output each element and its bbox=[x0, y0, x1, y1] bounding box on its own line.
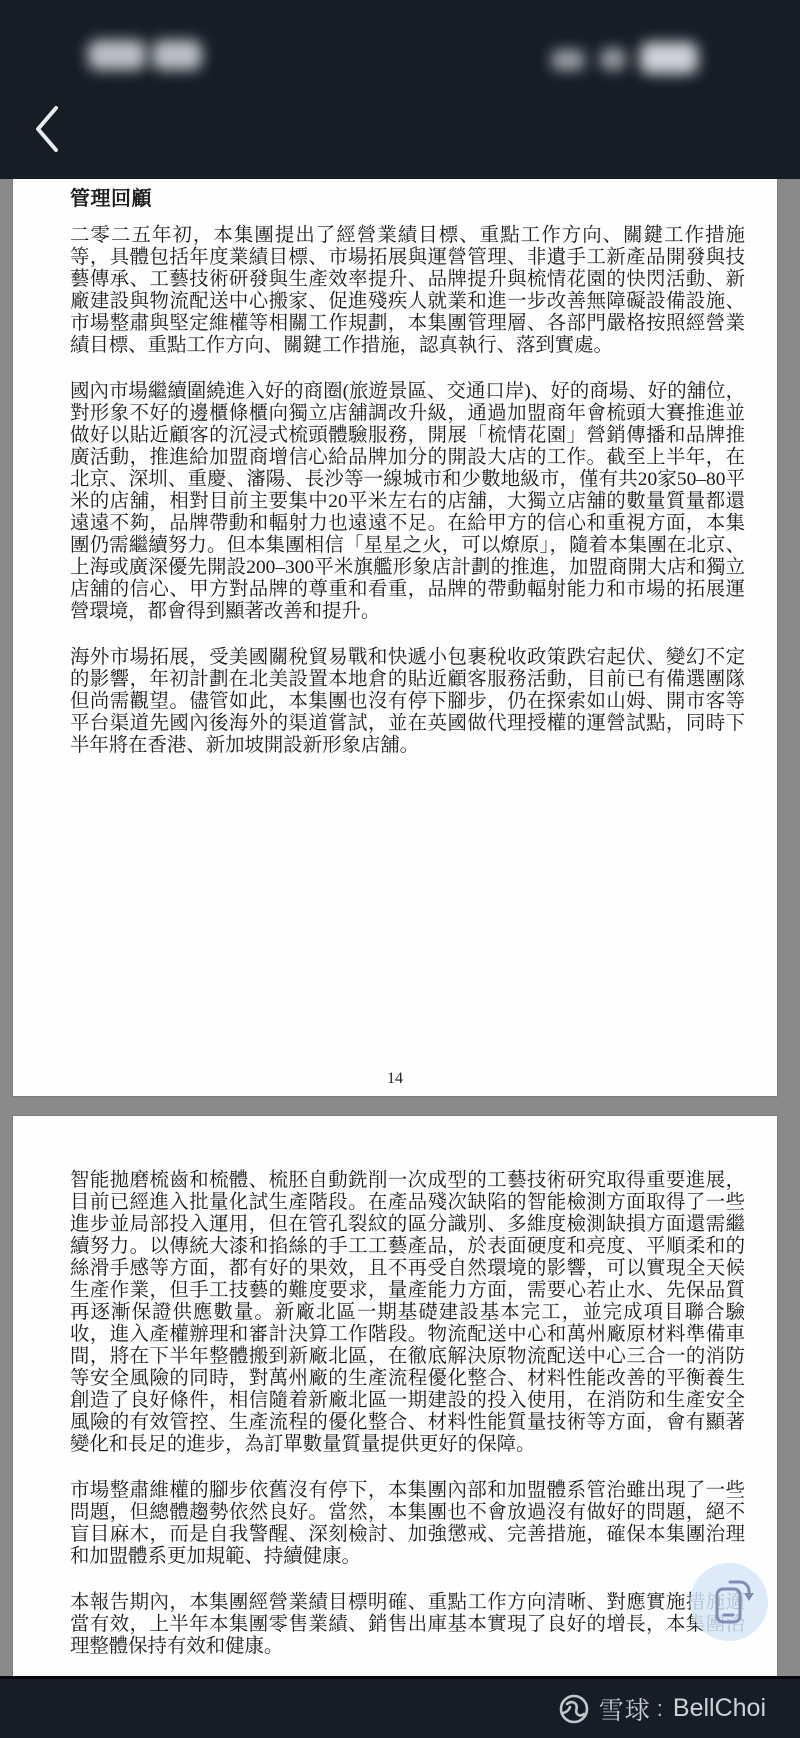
top-chrome bbox=[0, 0, 800, 179]
paragraph: 海外市場拓展，受美國關稅貿易戰和快遞小包裹稅收政策跌宕起伏、變幻不定的影響，年初… bbox=[70, 647, 745, 757]
paragraph: 二零二五年初，本集團提出了經營業績目標、重點工作方向、關鍵工作措施等，具體包括年… bbox=[70, 225, 745, 357]
paragraph: 智能拋磨梳齒和梳體、梳胚自動銑削一次成型的工藝技術研究取得重要進展，目前已經進入… bbox=[70, 1170, 745, 1456]
status-time-blur bbox=[88, 40, 146, 70]
back-button[interactable] bbox=[26, 100, 74, 156]
chevron-left-icon bbox=[26, 103, 74, 155]
paragraph: 國內市場繼續圍繞進入好的商圈(旅遊景區、交通口岸)、好的商場、好的舖位，對形象不… bbox=[70, 381, 745, 623]
watermark: 雪球 : BellChoi bbox=[558, 1691, 766, 1727]
status-battery-blur bbox=[640, 42, 698, 74]
watermark-separator: : bbox=[657, 1696, 663, 1722]
status-signal-blur bbox=[552, 50, 584, 70]
section-heading: 管理回顧 bbox=[70, 187, 745, 211]
xueqiu-logo-icon bbox=[558, 1693, 599, 1725]
paragraph: 市場整肅維權的腳步依舊沒有停下，本集團內部和加盟體系管治雖出現了一些問題，但總體… bbox=[70, 1480, 745, 1568]
page-gap bbox=[0, 1096, 800, 1116]
rotate-screen-button[interactable] bbox=[690, 1563, 768, 1641]
watermark-brand: 雪球 bbox=[599, 1691, 651, 1727]
paragraph: 本報告期內，本集團經營業績目標明確、重點工作方向清晰、對應實施措施適當有效，上半… bbox=[70, 1592, 745, 1658]
watermark-username: BellChoi bbox=[673, 1694, 766, 1723]
page-number: 14 bbox=[13, 1070, 777, 1088]
bottom-bar: 雪球 : BellChoi bbox=[0, 1676, 800, 1738]
status-time-blur-2 bbox=[152, 40, 202, 70]
document-viewer[interactable]: 管理回顧 二零二五年初，本集團提出了經營業績目標、重點工作方向、關鍵工作措施等，… bbox=[0, 179, 800, 1676]
document-page-1: 管理回顧 二零二五年初，本集團提出了經營業績目標、重點工作方向、關鍵工作措施等，… bbox=[13, 179, 777, 1096]
rotate-phone-icon bbox=[704, 1576, 754, 1629]
status-wifi-blur bbox=[600, 48, 626, 70]
document-page-2: 智能拋磨梳齒和梳體、梳胚自動銑削一次成型的工藝技術研究取得重要進展，目前已經進入… bbox=[13, 1116, 777, 1676]
